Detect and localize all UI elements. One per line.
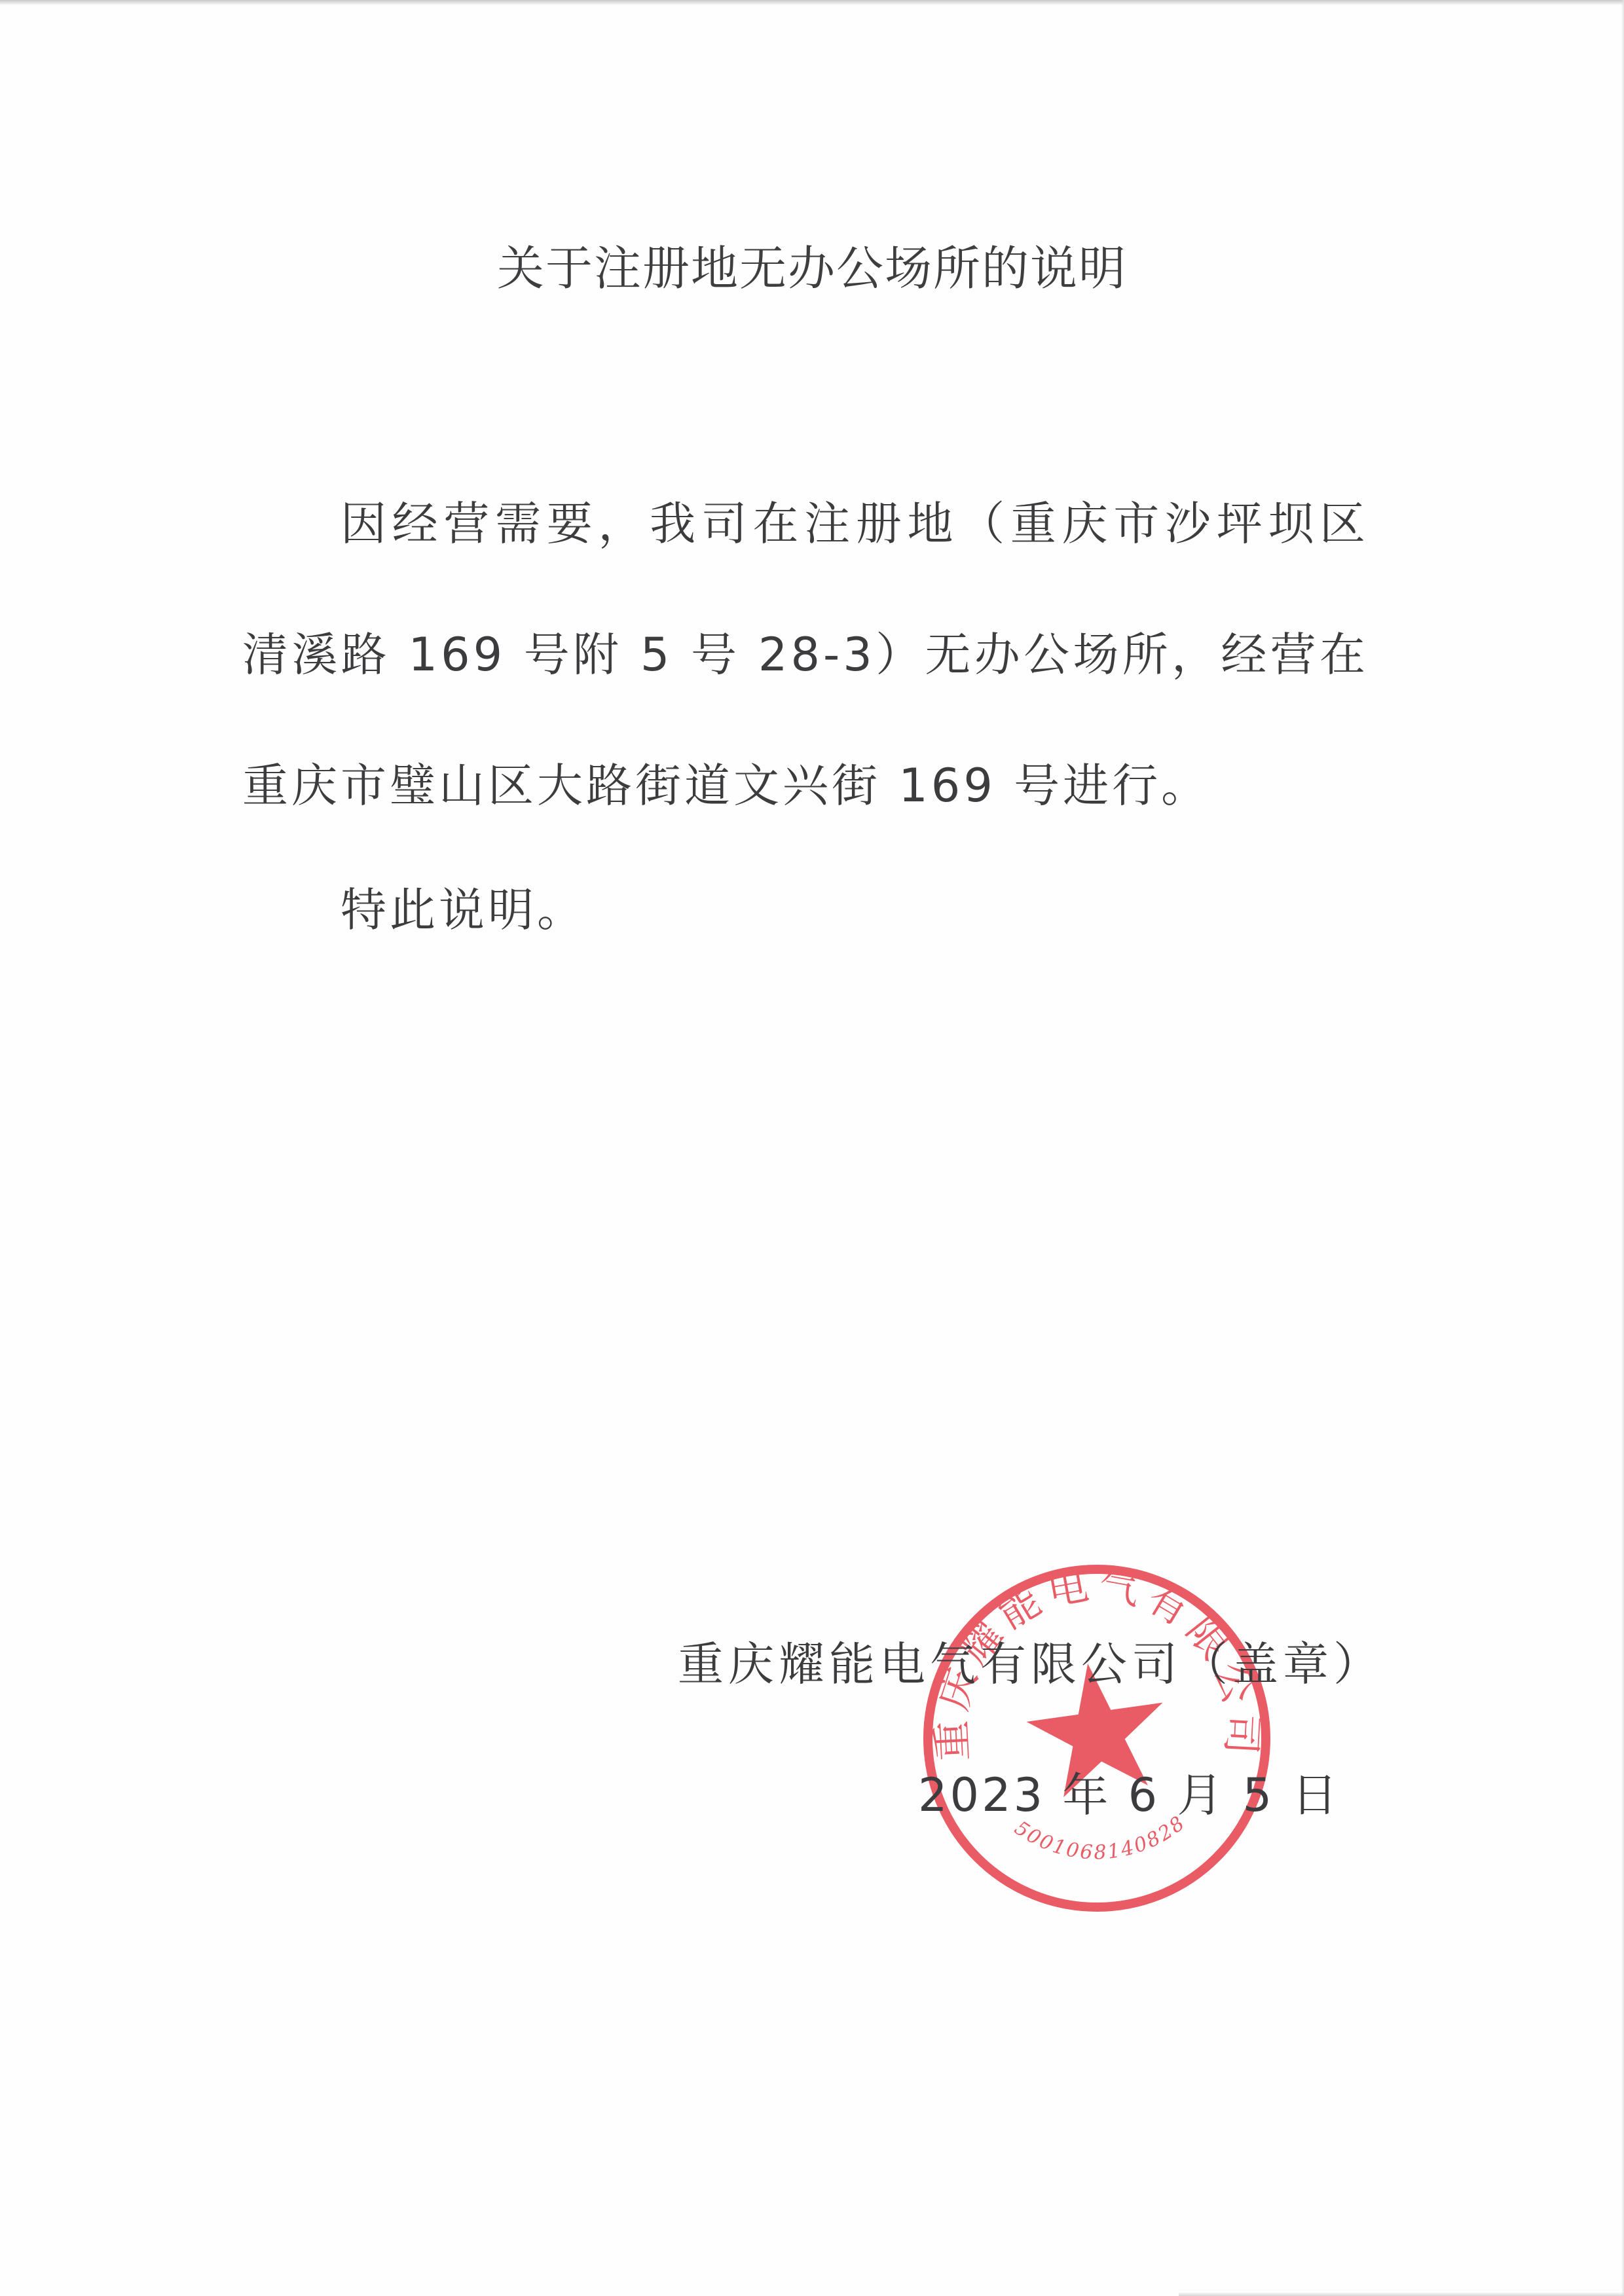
document-page: 关于注册地无办公场所的说明 因经营需要，我司在注册地（重庆市沙坪坝区清溪路 16… <box>0 0 1624 2296</box>
signature-line: 重庆耀能电气有限公司（盖章） <box>678 1631 1384 1697</box>
document-date: 2023 年 6 月 5 日 <box>918 1762 1340 1828</box>
body-paragraph-main: 因经营需要，我司在注册地（重庆市沙坪坝区清溪路 169 号附 5 号 28-3）… <box>242 458 1369 851</box>
scan-edge-bottom <box>1179 2292 1624 2296</box>
scan-edge-right <box>1621 0 1624 2296</box>
body-paragraph-closing: 特此说明。 <box>242 845 1369 975</box>
company-seal-stamp-icon: 重庆耀能电气有限公司 5001068140828 <box>913 1555 1280 1922</box>
scan-edge-top <box>0 0 1624 5</box>
document-title: 关于注册地无办公场所的说明 <box>0 236 1624 301</box>
